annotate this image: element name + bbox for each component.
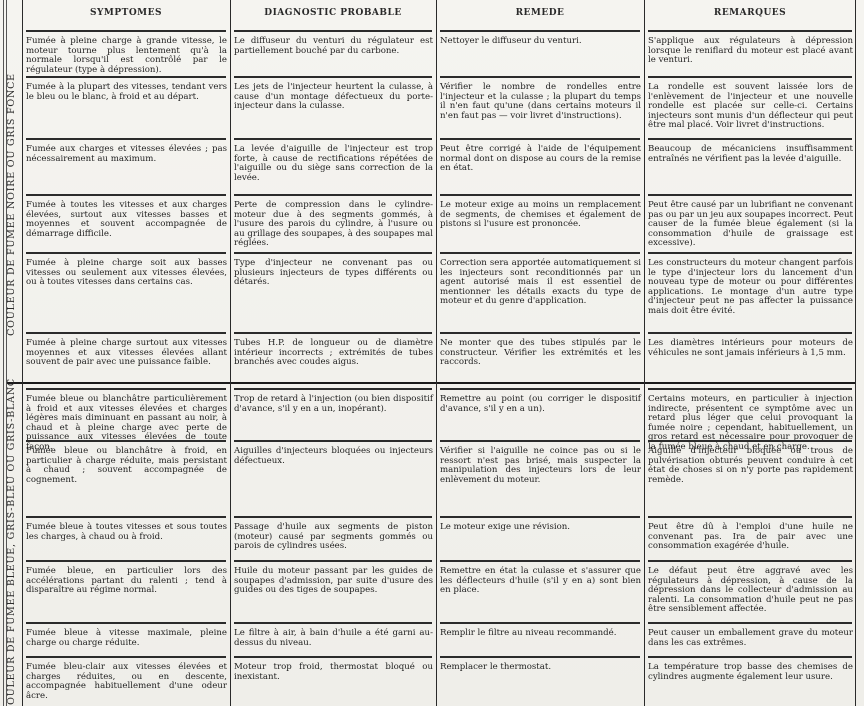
diagnosis-cell: Passage d'huile aux segments de piston (… — [230, 520, 436, 552]
col-rule-2 — [436, 0, 437, 706]
remark-cell: S'applique aux régulateurs à dépression … — [644, 34, 856, 66]
smoke-color-label-text: COULEUR DE FUMEE BLEUE, GRIS-BLEU OU GRI… — [6, 378, 17, 706]
symptom-cell: Fumée à toutes les vitesses et aux charg… — [22, 198, 230, 239]
row-divider — [440, 30, 640, 32]
row-divider — [26, 656, 226, 658]
row-divider — [26, 252, 226, 254]
row-divider — [648, 516, 852, 518]
row-divider — [440, 622, 640, 624]
table-row: Fumée à pleine charge à grande vitesse, … — [22, 34, 856, 80]
diagnosis-cell: Type d'injecteur ne convenant pas ou plu… — [230, 256, 436, 288]
table-header: SYMPTOMES DIAGNOSTIC PROBABLE REMEDE REM… — [22, 0, 856, 26]
symptom-cell: Fumée bleu-clair aux vitesses élevées et… — [22, 660, 230, 701]
row-divider — [26, 138, 226, 140]
remedy-cell: Vérifier si l'aiguille ne coince pas ou … — [436, 444, 644, 485]
remark-cell: Les diamètres intérieurs pour moteurs de… — [644, 336, 856, 358]
remedy-cell: Le moteur exige au moins un remplacement… — [436, 198, 644, 230]
header-remedy: REMEDE — [436, 0, 644, 26]
smoke-color-label-text: COULEUR DE FUMEE NOIRE OU GRIS FONCE — [6, 73, 17, 336]
row-divider — [234, 332, 432, 334]
diagnosis-cell: Tubes H.P. de longueur ou de diamètre in… — [230, 336, 436, 368]
symptom-cell: Fumée à la plupart des vitesses, tendant… — [22, 80, 230, 102]
diagnosis-cell: Les jets de l'injecteur heurtent la cula… — [230, 80, 436, 112]
symptom-cell: Fumée bleue ou blanchâtre à froid, en pa… — [22, 444, 230, 485]
table-row: Fumée à pleine charge surtout aux vitess… — [22, 336, 856, 382]
smoke-group-0: COULEUR DE FUMEE NOIRE OU GRIS FONCEFumé… — [0, 26, 864, 382]
row-divider — [648, 656, 852, 658]
remark-cell: Peut être dû à l'emploi d'une huile ne c… — [644, 520, 856, 552]
table-row: Fumée bleue ou blanchâtre particulièreme… — [22, 392, 856, 444]
row-divider — [648, 440, 852, 442]
row-divider — [440, 76, 640, 78]
row-divider — [26, 560, 226, 562]
row-divider — [648, 194, 852, 196]
row-divider — [26, 194, 226, 196]
remark-cell: Beaucoup de mécaniciens insuffisamment e… — [644, 142, 856, 164]
table-row: Fumée à la plupart des vitesses, tendant… — [22, 80, 856, 142]
row-divider — [648, 622, 852, 624]
remedy-cell: Correction sera apportée automatiquement… — [436, 256, 644, 307]
symptom-cell: Fumée à pleine charge surtout aux vitess… — [22, 336, 230, 368]
row-divider — [234, 656, 432, 658]
row-divider — [648, 30, 852, 32]
frame-left-inner — [6, 0, 7, 706]
row-divider — [26, 516, 226, 518]
row-divider — [440, 138, 640, 140]
row-divider — [440, 440, 640, 442]
row-divider — [648, 560, 852, 562]
table-row: Fumée aux charges et vitesses élevées ; … — [22, 142, 856, 198]
row-divider — [440, 656, 640, 658]
diagnosis-cell: Huile du moteur passant par les guides d… — [230, 564, 436, 596]
remedy-cell: Nettoyer le diffuseur du venturi. — [436, 34, 644, 47]
remark-cell: La température trop basse des chemises d… — [644, 660, 856, 682]
row-divider — [648, 138, 852, 140]
remedy-cell: Remplir le filtre au niveau recommandé. — [436, 626, 644, 639]
row-divider — [26, 440, 226, 442]
smoke-group-1: COULEUR DE FUMEE BLEUE, GRIS-BLEU OU GRI… — [0, 384, 864, 706]
symptom-cell: Fumée bleue à vitesse maximale, pleine c… — [22, 626, 230, 648]
remedy-cell: Ne monter que des tubes stipulés par le … — [436, 336, 644, 368]
table-row: Fumée à toutes les vitesses et aux charg… — [22, 198, 856, 256]
remark-cell: Les constructeurs du moteur changent par… — [644, 256, 856, 317]
diagnosis-cell: Aiguilles d'injecteurs bloquées ou injec… — [230, 444, 436, 466]
row-divider — [234, 194, 432, 196]
header-diagnosis: DIAGNOSTIC PROBABLE — [230, 0, 436, 26]
col-rule-3 — [644, 0, 645, 706]
row-divider — [440, 332, 640, 334]
row-divider — [440, 194, 640, 196]
remark-cell: Aiguille d'injecteur bloquée ou trous de… — [644, 444, 856, 485]
diagnosis-cell: Le filtre à air, à bain d'huile a été ga… — [230, 626, 436, 648]
frame-left-outer — [3, 0, 4, 706]
remark-cell: La rondelle est souvent laissée lors de … — [644, 80, 856, 131]
row-divider — [26, 622, 226, 624]
diagnosis-cell: Trop de retard à l'injection (ou bien di… — [230, 392, 436, 414]
table-row: Fumée bleue, en particulier lors des acc… — [22, 564, 856, 626]
remark-cell: Peut causer un emballement grave du mote… — [644, 626, 856, 648]
remedy-cell: Remettre en état la culasse et s'assurer… — [436, 564, 644, 596]
remark-cell: Le défaut peut être aggravé avec les rég… — [644, 564, 856, 615]
row-divider — [648, 388, 852, 390]
row-divider — [26, 388, 226, 390]
remedy-cell: Le moteur exige une révision. — [436, 520, 644, 533]
row-divider — [648, 332, 852, 334]
row-divider — [234, 516, 432, 518]
frame-right — [855, 0, 856, 706]
row-divider — [26, 30, 226, 32]
diagnosis-cell: La levée d'aiguille de l'injecteur est t… — [230, 142, 436, 183]
remedy-cell: Vérifier le nombre de rondelles entre l'… — [436, 80, 644, 121]
row-divider — [26, 76, 226, 78]
header-symptoms: SYMPTOMES — [22, 0, 230, 26]
remedy-cell: Peut être corrigé à l'aide de l'équipeme… — [436, 142, 644, 174]
row-divider — [234, 388, 432, 390]
table-row: Fumée à pleine charge soit aux basses vi… — [22, 256, 856, 336]
remedy-cell: Remplacer le thermostat. — [436, 660, 644, 673]
table-row: Fumée bleue ou blanchâtre à froid, en pa… — [22, 444, 856, 520]
row-divider — [440, 516, 640, 518]
row-divider — [440, 388, 640, 390]
row-divider — [234, 30, 432, 32]
row-divider — [440, 560, 640, 562]
row-divider — [234, 138, 432, 140]
row-divider — [234, 560, 432, 562]
col-rule-1 — [230, 0, 231, 706]
table-row: Fumée bleu-clair aux vitesses élevées et… — [22, 660, 856, 706]
symptom-cell: Fumée aux charges et vitesses élevées ; … — [22, 142, 230, 164]
diagnosis-cell: Moteur trop froid, thermostat bloqué ou … — [230, 660, 436, 682]
diagnosis-cell: Le diffuseur du venturi du régulateur es… — [230, 34, 436, 56]
table-row: Fumée bleue à toutes vitesses et sous to… — [22, 520, 856, 564]
diagnosis-cell: Perte de compression dans le cylindre-mo… — [230, 198, 436, 249]
row-divider — [648, 76, 852, 78]
scanned-page: SYMPTOMES DIAGNOSTIC PROBABLE REMEDE REM… — [0, 0, 864, 706]
row-divider — [648, 252, 852, 254]
symptom-cell: Fumée bleue, en particulier lors des acc… — [22, 564, 230, 596]
row-divider — [234, 76, 432, 78]
remedy-cell: Remettre au point (ou corriger le dispos… — [436, 392, 644, 414]
table-row: Fumée bleue à vitesse maximale, pleine c… — [22, 626, 856, 660]
row-divider — [234, 440, 432, 442]
row-divider — [234, 252, 432, 254]
header-remarks: REMARQUES — [644, 0, 856, 26]
remark-cell: Peut être causé par un lubrifiant ne con… — [644, 198, 856, 249]
symptom-cell: Fumée à pleine charge soit aux basses vi… — [22, 256, 230, 288]
symptom-cell: Fumée bleue à toutes vitesses et sous to… — [22, 520, 230, 542]
row-divider — [440, 252, 640, 254]
col-rule-0 — [22, 0, 23, 706]
row-divider — [26, 332, 226, 334]
row-divider — [234, 622, 432, 624]
symptom-cell: Fumée à pleine charge à grande vitesse, … — [22, 34, 230, 75]
